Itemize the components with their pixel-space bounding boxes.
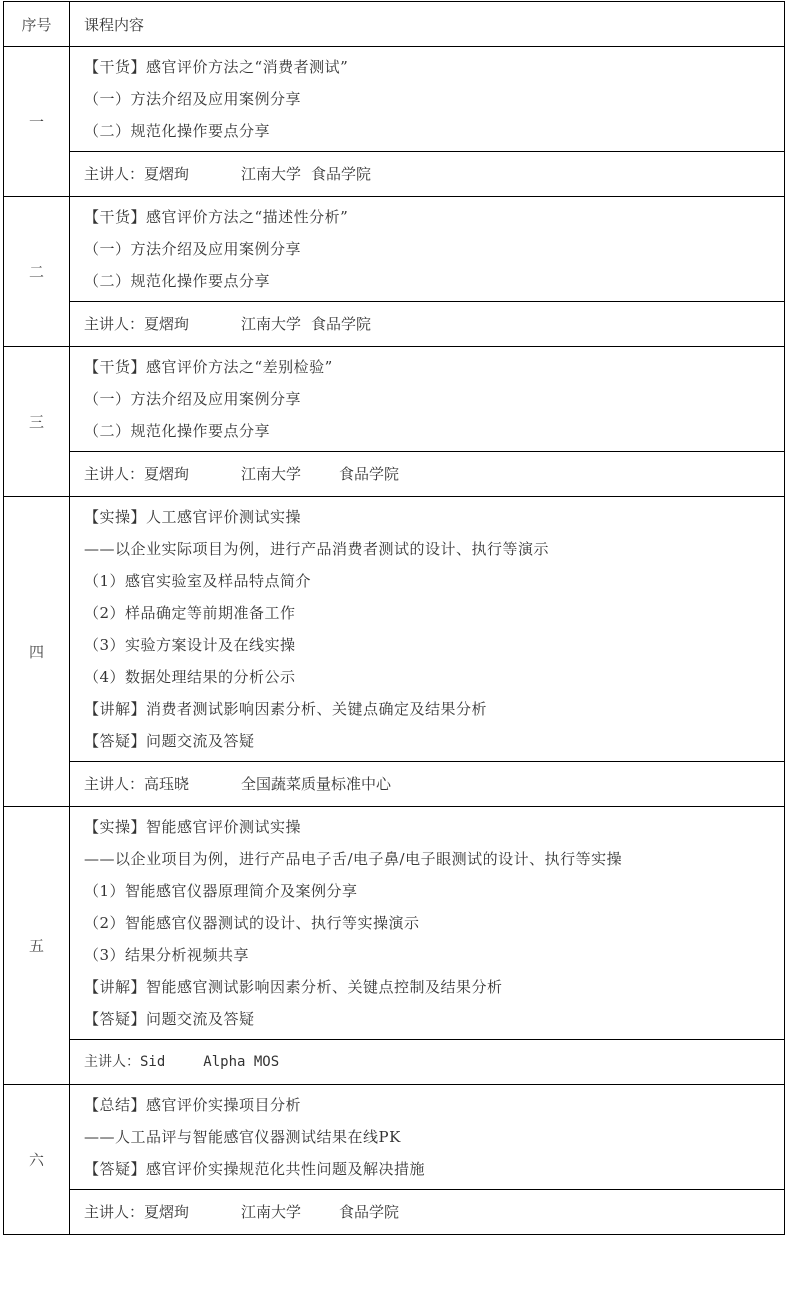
speaker-org: 江南大学 — [241, 302, 301, 346]
speaker-org: Alpha MOS — [203, 1040, 279, 1084]
speaker-dept: 食品学院 — [339, 1190, 399, 1234]
content-line: 【总结】感官评价实操项目分析 — [84, 1089, 784, 1121]
row-number: 二 — [4, 197, 70, 347]
content-line: （1）感官实验室及样品特点简介 — [84, 565, 784, 597]
row-content: 【干货】感官评价方法之“描述性分析” （一）方法介绍及应用案例分享 （二）规范化… — [70, 197, 785, 302]
speaker-row: 主讲人：夏熠珣江南大学食品学院 — [4, 152, 785, 197]
row-number: 五 — [4, 807, 70, 1085]
speaker-name: 主讲人：夏熠珣 — [84, 302, 189, 346]
row-content: 【总结】感官评价实操项目分析 ——人工品评与智能感官仪器测试结果在线PK 【答疑… — [70, 1085, 785, 1190]
speaker-cell: 主讲人：高珏晓全国蔬菜质量标准中心 — [70, 762, 785, 807]
row-number: 一 — [4, 47, 70, 197]
row-content: 【实操】人工感官评价测试实操 ——以企业实际项目为例，进行产品消费者测试的设计、… — [70, 497, 785, 762]
content-line: 【讲解】智能感官测试影响因素分析、关键点控制及结果分析 — [84, 971, 784, 1003]
speaker-row: 主讲人：高珏晓全国蔬菜质量标准中心 — [4, 762, 785, 807]
speaker-org: 全国蔬菜质量标准中心 — [241, 762, 391, 806]
speaker-row: 主讲人：夏熠珣江南大学食品学院 — [4, 302, 785, 347]
speaker-name: 主讲人：夏熠珣 — [84, 1190, 189, 1234]
content-line: 【实操】智能感官评价测试实操 — [84, 811, 784, 843]
speaker-cell: 主讲人：夏熠珣江南大学食品学院 — [70, 452, 785, 497]
content-line: （一）方法介绍及应用案例分享 — [84, 383, 784, 415]
header-number: 序号 — [4, 2, 70, 47]
content-line: （4）数据处理结果的分析公示 — [84, 661, 784, 693]
content-line: ——人工品评与智能感官仪器测试结果在线PK — [84, 1121, 784, 1153]
table-row: 二 【干货】感官评价方法之“描述性分析” （一）方法介绍及应用案例分享 （二）规… — [4, 197, 785, 302]
content-line: 【干货】感官评价方法之“差别检验” — [84, 351, 784, 383]
content-line: （二）规范化操作要点分享 — [84, 265, 784, 297]
content-line: （1）智能感官仪器原理简介及案例分享 — [84, 875, 784, 907]
speaker-org: 江南大学 — [241, 152, 301, 196]
content-line: ——以企业项目为例，进行产品电子舌/电子鼻/电子眼测试的设计、执行等实操 — [84, 843, 784, 875]
speaker-dept: 食品学院 — [339, 452, 399, 496]
table-row: 三 【干货】感官评价方法之“差别检验” （一）方法介绍及应用案例分享 （二）规范… — [4, 347, 785, 452]
speaker-row: 主讲人：夏熠珣江南大学食品学院 — [4, 452, 785, 497]
table-row: 六 【总结】感官评价实操项目分析 ——人工品评与智能感官仪器测试结果在线PK 【… — [4, 1085, 785, 1190]
header-content: 课程内容 — [70, 2, 785, 47]
content-line: 【答疑】问题交流及答疑 — [84, 1003, 784, 1035]
row-content: 【干货】感官评价方法之“消费者测试” （一）方法介绍及应用案例分享 （二）规范化… — [70, 47, 785, 152]
content-line: （一）方法介绍及应用案例分享 — [84, 233, 784, 265]
row-number: 三 — [4, 347, 70, 497]
content-line: 【干货】感官评价方法之“消费者测试” — [84, 51, 784, 83]
content-line: （3）实验方案设计及在线实操 — [84, 629, 784, 661]
row-content: 【实操】智能感官评价测试实操 ——以企业项目为例，进行产品电子舌/电子鼻/电子眼… — [70, 807, 785, 1040]
content-line: 【答疑】问题交流及答疑 — [84, 725, 784, 757]
speaker-name: 主讲人：高珏晓 — [84, 762, 189, 806]
row-number: 六 — [4, 1085, 70, 1235]
speaker-org: 江南大学 — [241, 452, 301, 496]
content-line: （2）样品确定等前期准备工作 — [84, 597, 784, 629]
speaker-name: 主讲人：夏熠珣 — [84, 452, 189, 496]
course-schedule-table: 序号 课程内容 一 【干货】感官评价方法之“消费者测试” （一）方法介绍及应用案… — [3, 1, 785, 1235]
speaker-org: 江南大学 — [241, 1190, 301, 1234]
content-line: ——以企业实际项目为例，进行产品消费者测试的设计、执行等演示 — [84, 533, 784, 565]
content-line: 【答疑】感官评价实操规范化共性问题及解决措施 — [84, 1153, 784, 1185]
content-line: 【实操】人工感官评价测试实操 — [84, 501, 784, 533]
speaker-cell: 主讲人：夏熠珣江南大学食品学院 — [70, 302, 785, 347]
speaker-dept: 食品学院 — [311, 152, 371, 196]
row-content: 【干货】感官评价方法之“差别检验” （一）方法介绍及应用案例分享 （二）规范化操… — [70, 347, 785, 452]
content-line: 【讲解】消费者测试影响因素分析、关键点确定及结果分析 — [84, 693, 784, 725]
content-line: （2）智能感官仪器测试的设计、执行等实操演示 — [84, 907, 784, 939]
speaker-cell: 主讲人：夏熠珣江南大学食品学院 — [70, 152, 785, 197]
speaker-cell: 主讲人：SidAlpha MOS — [70, 1040, 785, 1085]
speaker-name: 主讲人：Sid — [84, 1040, 165, 1084]
table-header-row: 序号 课程内容 — [4, 2, 785, 47]
content-line: 【干货】感官评价方法之“描述性分析” — [84, 201, 784, 233]
content-line: （二）规范化操作要点分享 — [84, 415, 784, 447]
table-row: 四 【实操】人工感官评价测试实操 ——以企业实际项目为例，进行产品消费者测试的设… — [4, 497, 785, 762]
table-row: 五 【实操】智能感官评价测试实操 ——以企业项目为例，进行产品电子舌/电子鼻/电… — [4, 807, 785, 1040]
speaker-row: 主讲人：夏熠珣江南大学食品学院 — [4, 1190, 785, 1235]
speaker-name: 主讲人：夏熠珣 — [84, 152, 189, 196]
content-line: （二）规范化操作要点分享 — [84, 115, 784, 147]
table-row: 一 【干货】感官评价方法之“消费者测试” （一）方法介绍及应用案例分享 （二）规… — [4, 47, 785, 152]
speaker-row: 主讲人：SidAlpha MOS — [4, 1040, 785, 1085]
speaker-dept: 食品学院 — [311, 302, 371, 346]
row-number: 四 — [4, 497, 70, 807]
content-line: （一）方法介绍及应用案例分享 — [84, 83, 784, 115]
content-line: （3）结果分析视频共享 — [84, 939, 784, 971]
speaker-cell: 主讲人：夏熠珣江南大学食品学院 — [70, 1190, 785, 1235]
